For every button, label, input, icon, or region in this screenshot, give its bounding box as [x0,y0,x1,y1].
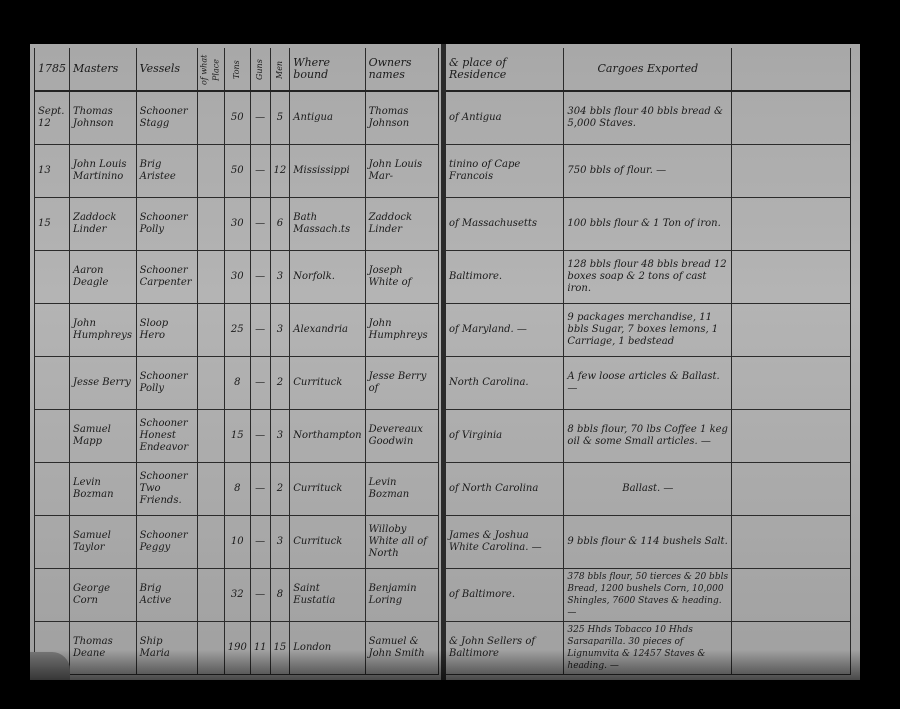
table-row: Samuel Mapp Schooner Honest Endeavor 15 … [35,409,439,462]
row-tons: 30 [224,197,250,250]
row-owner: John Louis Mar- [365,144,438,197]
row-cargo: 750 bbls of flour. — [564,144,732,197]
row-residence: Baltimore. [446,250,564,303]
row-vessel: Sloop Hero [136,303,197,356]
right-ledger-table: & place of Residence Cargoes Exported of… [446,48,851,675]
row-master: Aaron Deagle [70,250,137,303]
header-blank [732,48,851,91]
row-vessel: Brig Active [136,568,197,621]
row-tons: 15 [224,409,250,462]
row-owner: Zaddock Linder [365,197,438,250]
row-vessel: Brig Aristee [136,144,197,197]
header-place-of-residence: & place of Residence [446,48,564,91]
row-owner: Devereaux Goodwin [365,409,438,462]
header-guns: Guns [250,48,270,91]
row-tons: 32 [224,568,250,621]
row-owner: Joseph White of [365,250,438,303]
row-guns: — [250,250,270,303]
row-men: 3 [270,409,290,462]
table-row: of Antigua 304 bbls flour 40 bbls bread … [446,91,851,144]
row-tons: 8 [224,356,250,409]
row-vessel: Schooner Honest Endeavor [136,409,197,462]
row-cargo: 128 bbls flour 48 bbls bread 12 boxes so… [564,250,732,303]
row-vessel: Schooner Stagg [136,91,197,144]
row-date [35,356,70,409]
row-residence: James & Joshua White Carolina. — [446,515,564,568]
table-row: George Corn Brig Active 32 — 8 Saint Eus… [35,568,439,621]
row-vessel: Schooner Two Friends. [136,462,197,515]
row-bound: Mississippi [290,144,365,197]
header-owners-names: Owners names [365,48,438,91]
row-date [35,515,70,568]
row-guns: — [250,197,270,250]
row-tons: 50 [224,91,250,144]
row-men: 12 [270,144,290,197]
right-header-row: & place of Residence Cargoes Exported [446,48,851,91]
header-of-what-place: of what Place [197,48,224,91]
bottom-shadow [30,650,860,680]
row-vessel: Schooner Polly [136,356,197,409]
row-master: George Corn [70,568,137,621]
row-guns: — [250,409,270,462]
row-men: 6 [270,197,290,250]
right-page: & place of Residence Cargoes Exported of… [446,44,860,680]
row-master: Jesse Berry [70,356,137,409]
table-row: North Carolina. A few loose articles & B… [446,356,851,409]
row-cargo: A few loose articles & Ballast. — [564,356,732,409]
row-cargo: 378 bbls flour, 50 tierces & 20 bbls Bre… [564,568,732,621]
row-date [35,568,70,621]
row-tons: 10 [224,515,250,568]
row-master: Levin Bozman [70,462,137,515]
header-masters: Masters [70,48,137,91]
row-residence: of Maryland. — [446,303,564,356]
row-owner: Willoby White all of North [365,515,438,568]
row-men: 2 [270,462,290,515]
table-row: of North Carolina Ballast. — [446,462,851,515]
row-bound: Currituck [290,515,365,568]
row-owner: Benjamin Loring [365,568,438,621]
row-master: Thomas Johnson [70,91,137,144]
row-cargo: Ballast. — [564,462,732,515]
row-master: Samuel Mapp [70,409,137,462]
row-date: 15 [35,197,70,250]
row-owner: Levin Bozman [365,462,438,515]
left-ledger-table: 1785 Masters Vessels of what Place Tons … [34,48,439,675]
row-bound: Antigua [290,91,365,144]
header-date: 1785 [35,48,70,91]
ledger-book: 1785 Masters Vessels of what Place Tons … [30,44,860,680]
row-vessel: Schooner Polly [136,197,197,250]
row-tons: 30 [224,250,250,303]
table-row: tinino of Cape Francois 750 bbls of flou… [446,144,851,197]
row-guns: — [250,568,270,621]
table-row: Baltimore. 128 bbls flour 48 bbls bread … [446,250,851,303]
row-guns: — [250,303,270,356]
row-cargo: 304 bbls flour 40 bbls bread & 5,000 Sta… [564,91,732,144]
row-bound: Currituck [290,356,365,409]
row-cargo: 8 bbls flour, 70 lbs Coffee 1 keg oil & … [564,409,732,462]
table-row: Levin Bozman Schooner Two Friends. 8 — 2… [35,462,439,515]
table-row: of Baltimore. 378 bbls flour, 50 tierces… [446,568,851,621]
row-men: 2 [270,356,290,409]
left-header-row: 1785 Masters Vessels of what Place Tons … [35,48,439,91]
row-residence: North Carolina. [446,356,564,409]
header-vessels: Vessels [136,48,197,91]
header-tons: Tons [224,48,250,91]
row-owner: John Humphreys [365,303,438,356]
row-bound: Alexandria [290,303,365,356]
header-cargoes-exported: Cargoes Exported [564,48,732,91]
table-row: 15 Zaddock Linder Schooner Polly 30 — 6 … [35,197,439,250]
row-men: 3 [270,515,290,568]
row-master: Samuel Taylor [70,515,137,568]
row-tons: 25 [224,303,250,356]
row-residence: of Virginia [446,409,564,462]
row-residence: tinino of Cape Francois [446,144,564,197]
table-row: John Humphreys Sloop Hero 25 — 3 Alexand… [35,303,439,356]
table-row: 13 John Louis Martinino Brig Aristee 50 … [35,144,439,197]
header-where-bound: Where bound [290,48,365,91]
left-page: 1785 Masters Vessels of what Place Tons … [30,44,443,680]
row-date [35,462,70,515]
row-men: 5 [270,91,290,144]
table-row: Jesse Berry Schooner Polly 8 — 2 Curritu… [35,356,439,409]
row-date [35,409,70,462]
row-guns: — [250,144,270,197]
row-master: John Louis Martinino [70,144,137,197]
row-date [35,250,70,303]
row-cargo: 100 bbls flour & 1 Ton of iron. [564,197,732,250]
row-men: 3 [270,250,290,303]
row-residence: of Massachusetts [446,197,564,250]
table-row: James & Joshua White Carolina. — 9 bbls … [446,515,851,568]
table-row: of Massachusetts 100 bbls flour & 1 Ton … [446,197,851,250]
table-row: Sept. 12 Thomas Johnson Schooner Stagg 5… [35,91,439,144]
row-men: 8 [270,568,290,621]
row-guns: — [250,515,270,568]
row-bound: Northampton [290,409,365,462]
row-residence: of Baltimore. [446,568,564,621]
row-master: Zaddock Linder [70,197,137,250]
table-row: of Virginia 8 bbls flour, 70 lbs Coffee … [446,409,851,462]
row-vessel: Schooner Peggy [136,515,197,568]
row-master: John Humphreys [70,303,137,356]
row-tons: 50 [224,144,250,197]
row-bound: Currituck [290,462,365,515]
row-residence: of North Carolina [446,462,564,515]
row-guns: — [250,91,270,144]
row-residence: of Antigua [446,91,564,144]
table-row: of Maryland. — 9 packages merchandise, 1… [446,303,851,356]
row-cargo: 9 bbls flour & 114 bushels Salt. [564,515,732,568]
row-owner: Thomas Johnson [365,91,438,144]
row-bound: Norfolk. [290,250,365,303]
row-date [35,303,70,356]
row-bound: Bath Massach.ts [290,197,365,250]
row-tons: 8 [224,462,250,515]
row-date: 13 [35,144,70,197]
row-men: 3 [270,303,290,356]
row-guns: — [250,356,270,409]
header-men: Men [270,48,290,91]
table-row: Aaron Deagle Schooner Carpenter 30 — 3 N… [35,250,439,303]
row-date: Sept. 12 [35,91,70,144]
row-cargo: 9 packages merchandise, 11 bbls Sugar, 7… [564,303,732,356]
table-row: Samuel Taylor Schooner Peggy 10 — 3 Curr… [35,515,439,568]
row-vessel: Schooner Carpenter [136,250,197,303]
row-owner: Jesse Berry of [365,356,438,409]
row-bound: Saint Eustatia [290,568,365,621]
row-guns: — [250,462,270,515]
